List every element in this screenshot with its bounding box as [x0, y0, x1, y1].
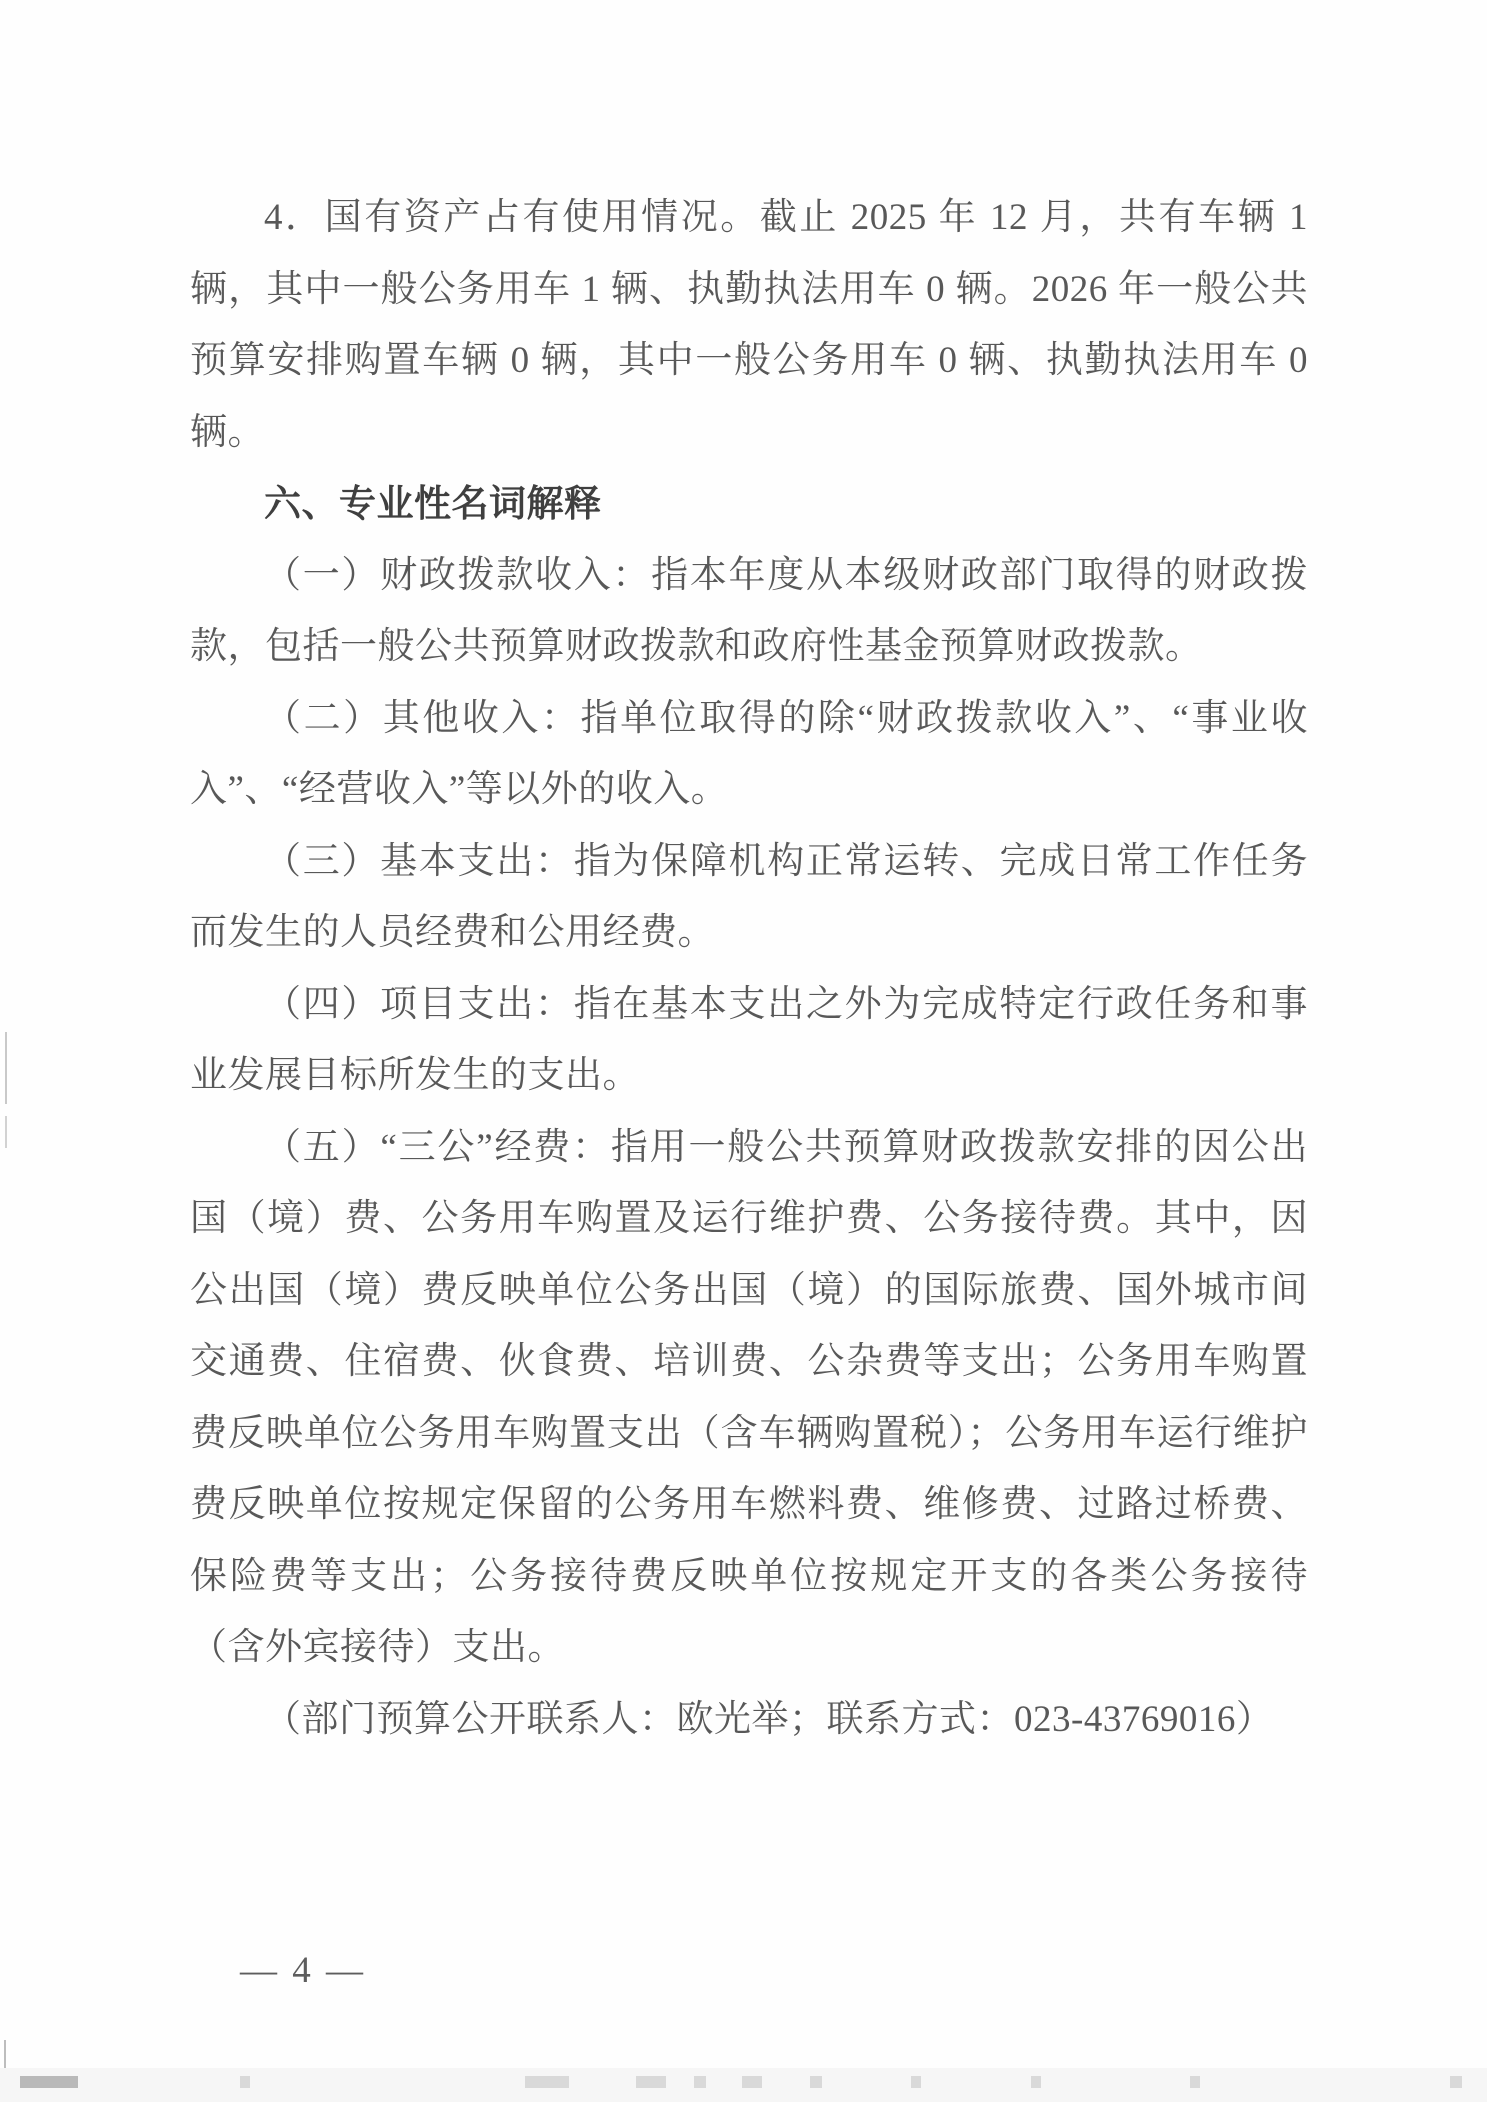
paragraph: （五）“三公”经费：指用一般公共预算财政拨款安排的因公出国（境）费、公务用车购置…: [190, 1112, 1308, 1684]
paragraph: （二）其他收入：指单位取得的除“财政拨款收入”、“事业收入”、“经营收入”等以外…: [190, 683, 1308, 826]
scan-artifact-left-line: [5, 1032, 7, 1104]
scan-artifact-left-line: [5, 1116, 7, 1148]
paragraph: （四）项目支出：指在基本支出之外为完成特定行政任务和事业发展目标所发生的支出。: [190, 969, 1308, 1112]
document-body: 4．国有资产占有使用情况。截止 2025 年 12 月，共有车辆 1 辆，其中一…: [190, 182, 1308, 1755]
document-page: 4．国有资产占有使用情况。截止 2025 年 12 月，共有车辆 1 辆，其中一…: [0, 0, 1487, 2102]
paragraph: 4．国有资产占有使用情况。截止 2025 年 12 月，共有车辆 1 辆，其中一…: [190, 182, 1308, 468]
page-number: — 4 —: [240, 1951, 366, 1991]
paragraph: （三）基本支出：指为保障机构正常运转、完成日常工作任务而发生的人员经费和公用经费…: [190, 826, 1308, 969]
section-heading: 六、专业性名词解释: [190, 468, 1308, 540]
scan-artifact-bottom-band: [0, 2068, 1487, 2102]
paragraph: （一）财政拨款收入：指本年度从本级财政部门取得的财政拨款，包括一般公共预算财政拨…: [190, 540, 1308, 683]
paragraph: （部门预算公开联系人：欧光举；联系方式：023-43769016）: [190, 1684, 1308, 1756]
scan-artifact-left-line: [4, 2040, 6, 2080]
